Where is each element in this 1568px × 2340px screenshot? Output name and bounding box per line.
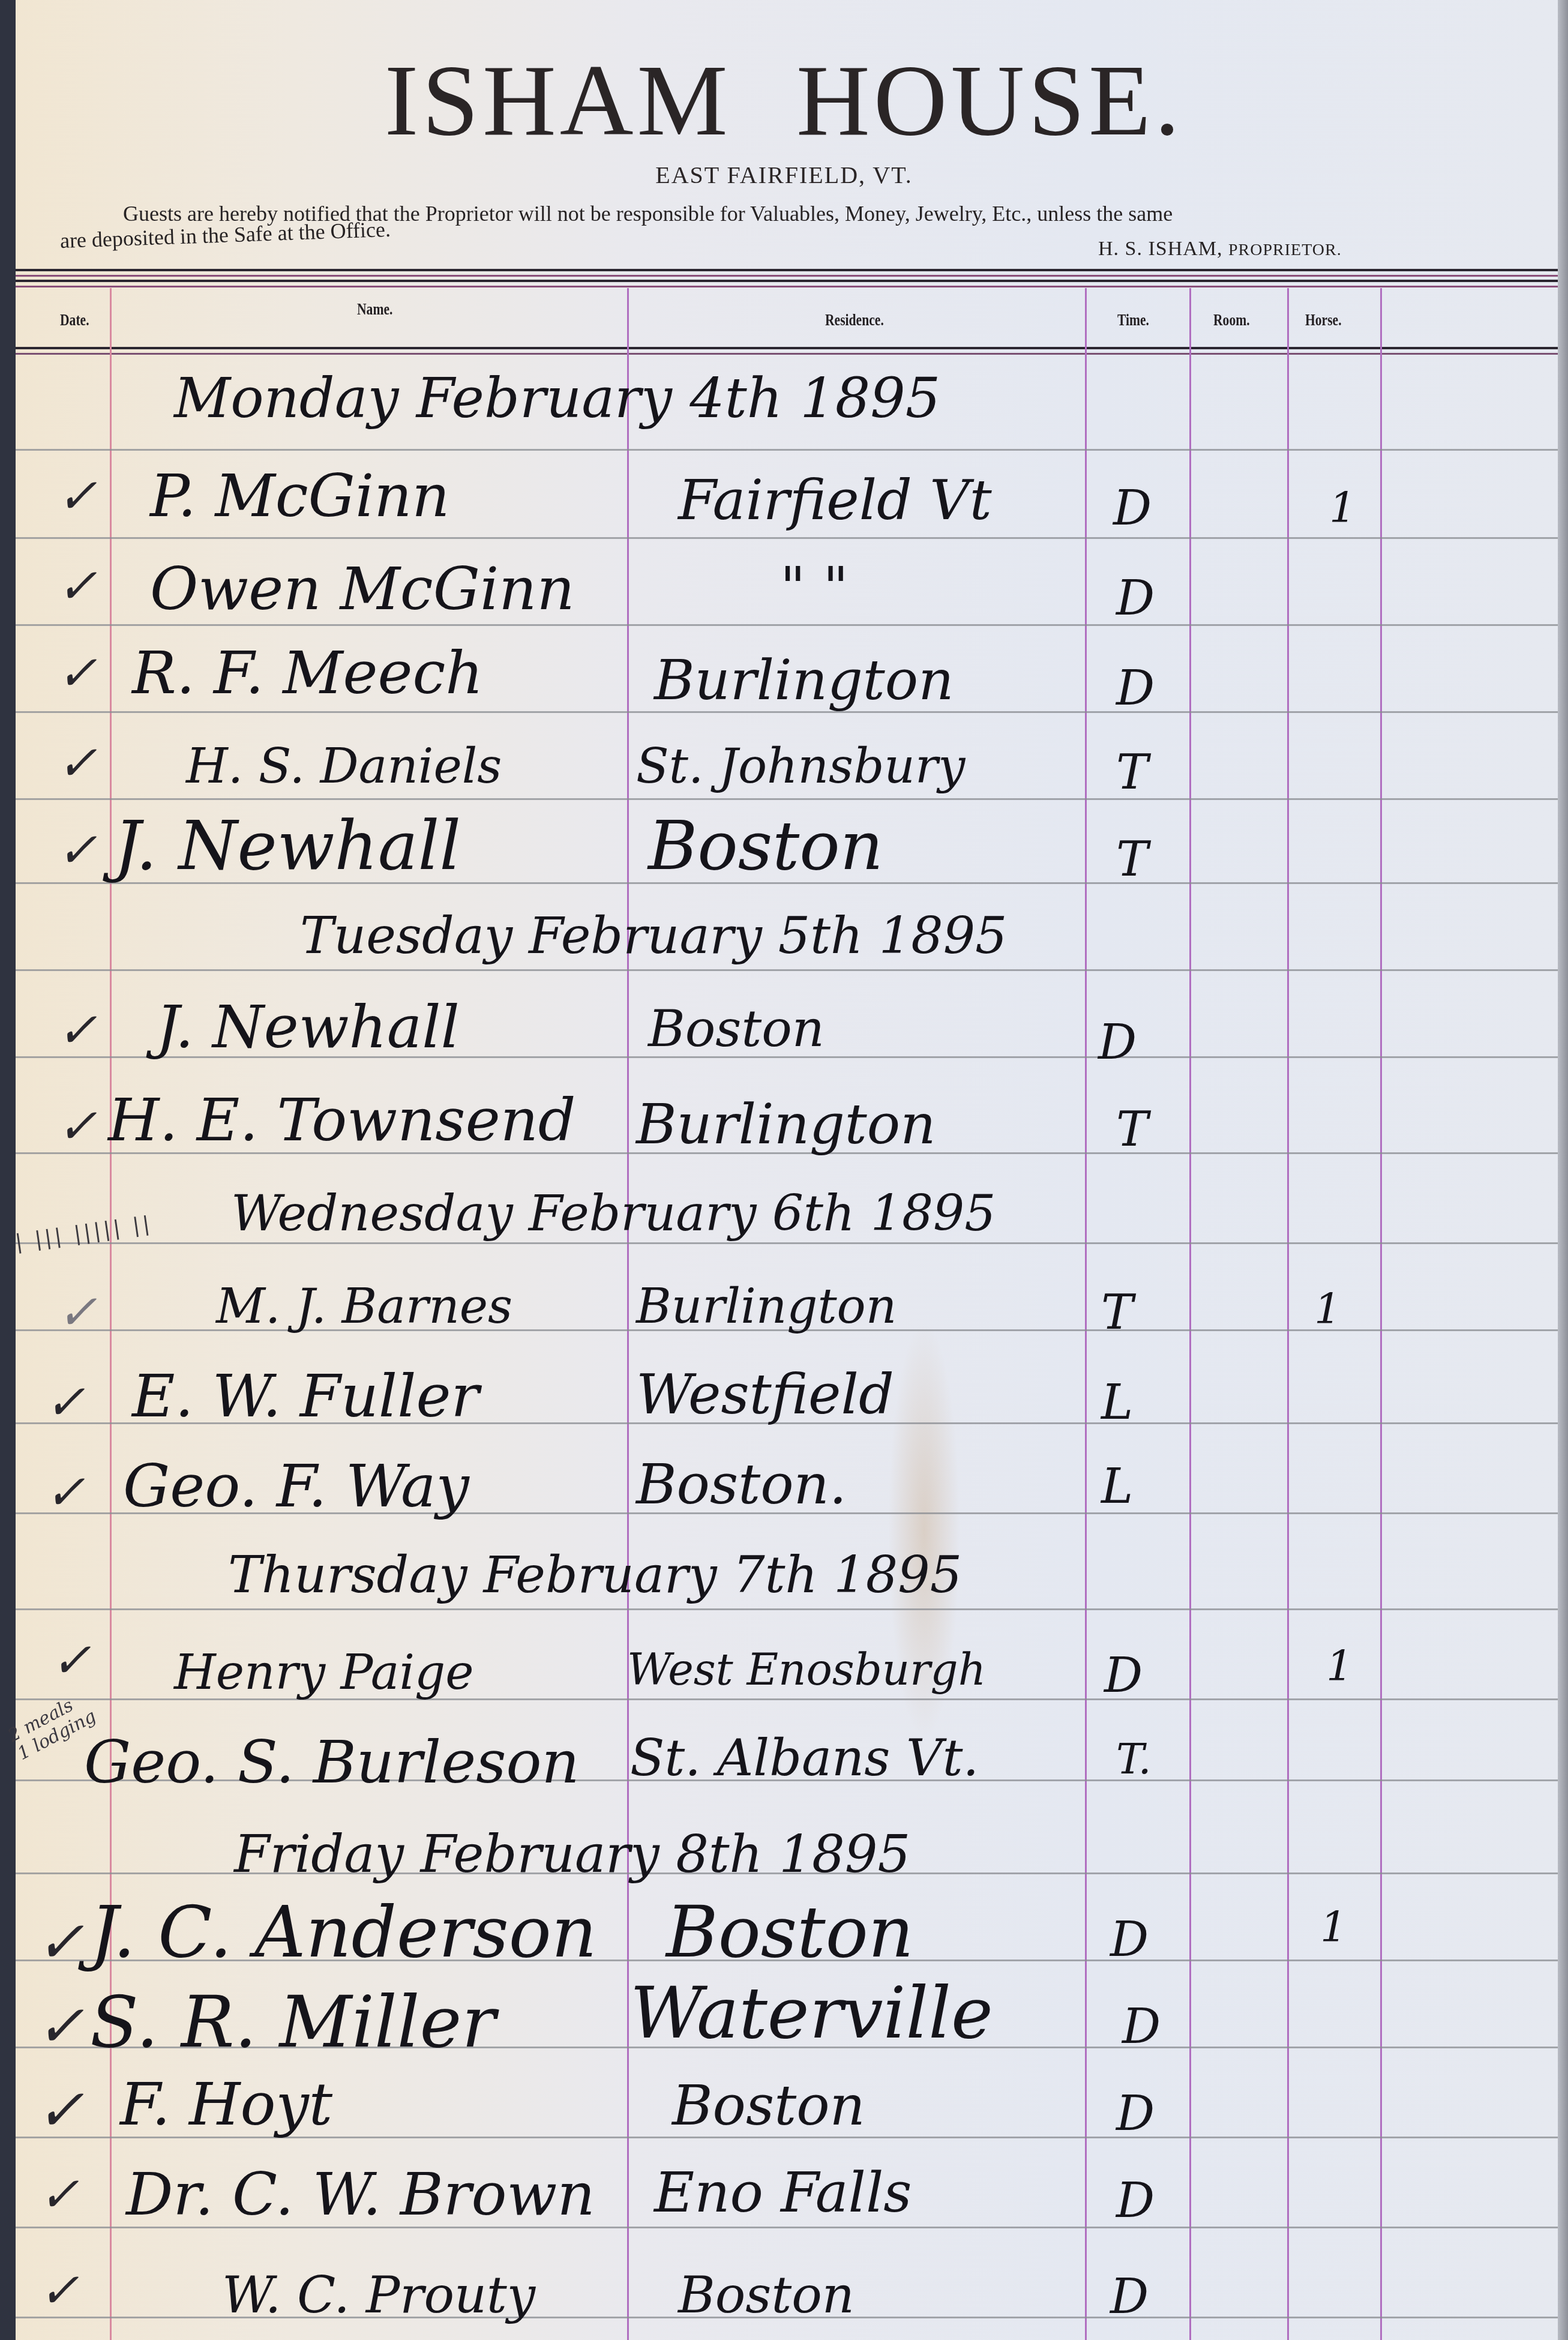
time-column-rule bbox=[1189, 288, 1191, 2340]
guest-name: J. Newhall bbox=[114, 807, 461, 885]
guest-residence: Fairfield Vt bbox=[678, 468, 992, 532]
guest-residence: St. Albans Vt. bbox=[630, 1728, 979, 1787]
check-mark: ✓ bbox=[57, 468, 97, 524]
day-heading: Friday February 8th 1895 bbox=[234, 1824, 910, 1884]
guest-name: Owen McGinn bbox=[150, 555, 575, 624]
guest-time: T bbox=[1101, 1284, 1133, 1340]
guest-time: D bbox=[1122, 1999, 1161, 2054]
row-rule bbox=[16, 798, 1558, 800]
guest-time: D bbox=[1110, 2269, 1149, 2324]
guest-time: D bbox=[1116, 570, 1155, 626]
guest-horse: 1 bbox=[1326, 1641, 1353, 1691]
check-mark: ✓ bbox=[51, 1632, 91, 1688]
day-heading: Monday February 4th 1895 bbox=[174, 366, 940, 430]
header-rule bbox=[16, 275, 1558, 277]
guest-time: D bbox=[1116, 2086, 1155, 2141]
guest-residence: Burlington bbox=[636, 1278, 897, 1334]
header-rule bbox=[16, 280, 1558, 282]
guest-horse: 1 bbox=[1314, 1284, 1341, 1334]
guest-name: F. Hoyt bbox=[120, 2071, 332, 2139]
guest-residence: West Enosburgh bbox=[627, 1644, 986, 1695]
proprietor-title: PROPRIETOR. bbox=[1228, 241, 1342, 259]
guest-name: P. McGinn bbox=[150, 462, 449, 531]
guest-residence: Boston. bbox=[636, 1452, 847, 1517]
check-mark: ✓ bbox=[57, 1284, 97, 1340]
guest-name: S. R. Miller bbox=[90, 1981, 496, 2063]
guest-residence: Boston bbox=[672, 2074, 865, 2138]
column-header-rule bbox=[16, 353, 1558, 355]
guest-time: D bbox=[1116, 660, 1155, 716]
col-header-horse: Horse. bbox=[1305, 311, 1342, 329]
guest-name: H. E. Townsend bbox=[108, 1086, 576, 1155]
check-mark: ✓ bbox=[39, 2263, 79, 2318]
header-rule bbox=[16, 269, 1558, 271]
guest-time: T. bbox=[1116, 1734, 1152, 1784]
check-mark: ✓ bbox=[39, 2167, 79, 2222]
hotel-title: ISHAM HOUSE. bbox=[0, 42, 1568, 159]
day-heading: Tuesday February 5th 1895 bbox=[300, 906, 1008, 965]
day-heading: Wednesday February 6th 1895 bbox=[231, 1185, 996, 1242]
row-rule bbox=[16, 624, 1558, 626]
col-header-room: Room. bbox=[1213, 311, 1250, 329]
guest-residence: Eno Falls bbox=[654, 2161, 912, 2225]
guest-residence: Waterville bbox=[630, 1972, 993, 2054]
guest-time: D bbox=[1110, 1911, 1149, 1967]
book-edge bbox=[1558, 0, 1568, 2340]
check-mark: ✓ bbox=[57, 1002, 97, 1058]
check-mark: ✓ bbox=[57, 735, 97, 791]
col-header-time: Time. bbox=[1117, 311, 1149, 329]
guest-name: Dr. C. W. Brown bbox=[126, 2161, 595, 2229]
col-header-date: Date. bbox=[60, 311, 89, 329]
col-header-residence: Residence. bbox=[825, 311, 884, 329]
guest-name: H. S. Daniels bbox=[186, 738, 502, 794]
guest-residence: St. Johnsbury bbox=[636, 738, 965, 794]
guest-residence-ditto: " " bbox=[780, 555, 849, 619]
horse-column-rule bbox=[1380, 288, 1382, 2340]
guest-name: Geo. S. Burleson bbox=[84, 1728, 580, 1797]
guest-time: D bbox=[1104, 1647, 1143, 1703]
row-rule bbox=[16, 537, 1558, 539]
row-rule bbox=[16, 1242, 1558, 1244]
guest-time: D bbox=[1116, 2173, 1155, 2228]
guest-time: T bbox=[1116, 1101, 1148, 1157]
check-mark: ✓ bbox=[57, 822, 97, 878]
check-mark: ✓ bbox=[57, 1098, 97, 1154]
guest-name: E. W. Fuller bbox=[132, 1362, 479, 1431]
check-mark: ✓ bbox=[57, 645, 97, 701]
guest-name: Henry Paige bbox=[174, 1644, 474, 1700]
guest-name: J. Newhall bbox=[156, 993, 460, 1062]
col-header-name: Name. bbox=[357, 300, 392, 319]
guest-residence: Westfield bbox=[636, 1362, 894, 1427]
column-header-rule bbox=[16, 347, 1558, 349]
proprietor-signature: H. S. ISHAM, PROPRIETOR. bbox=[1098, 238, 1342, 260]
row-rule bbox=[16, 1608, 1558, 1610]
guest-time: L bbox=[1101, 1458, 1133, 1514]
guest-time: L bbox=[1101, 1374, 1133, 1430]
guest-name: W. C. Prouty bbox=[222, 2266, 535, 2324]
header-rule bbox=[16, 286, 1558, 287]
guest-time: D bbox=[1098, 1014, 1137, 1070]
guest-name: Geo. F. Way bbox=[123, 1452, 469, 1521]
room-column-rule bbox=[1287, 288, 1289, 2340]
guest-time: D bbox=[1113, 480, 1152, 536]
guest-residence: Boston bbox=[666, 1890, 914, 1973]
guest-name: M. J. Barnes bbox=[216, 1278, 512, 1334]
hotel-location: EAST FAIRFIELD, VT. bbox=[0, 161, 1568, 189]
row-rule bbox=[16, 969, 1558, 971]
guest-residence: Burlington bbox=[654, 648, 954, 712]
guest-name: R. F. Meech bbox=[132, 639, 483, 708]
check-mark: ✓ bbox=[36, 1993, 84, 2060]
check-mark: ✓ bbox=[45, 1374, 85, 1430]
guest-time: T bbox=[1116, 831, 1148, 887]
residence-column-rule bbox=[1085, 288, 1087, 2340]
proprietor-name: H. S. ISHAM, bbox=[1098, 238, 1228, 260]
check-mark: ✓ bbox=[57, 558, 97, 614]
guest-residence: Boston bbox=[678, 2266, 855, 2324]
day-heading: Thursday February 7th 1895 bbox=[228, 1545, 962, 1604]
guest-name: J. C. Anderson bbox=[90, 1890, 597, 1973]
check-mark: ✓ bbox=[36, 2077, 84, 2144]
guest-horse: 1 bbox=[1329, 483, 1356, 532]
name-column-rule bbox=[627, 288, 629, 2340]
check-mark: ✓ bbox=[45, 1464, 85, 1520]
guest-time: T bbox=[1116, 744, 1148, 800]
guest-horse: 1 bbox=[1320, 1902, 1347, 1952]
guest-residence: Boston bbox=[648, 999, 825, 1058]
guest-residence: Burlington bbox=[636, 1092, 936, 1156]
row-rule bbox=[16, 449, 1558, 451]
guest-residence: Boston bbox=[648, 807, 883, 885]
check-mark: ✓ bbox=[36, 1908, 84, 1976]
